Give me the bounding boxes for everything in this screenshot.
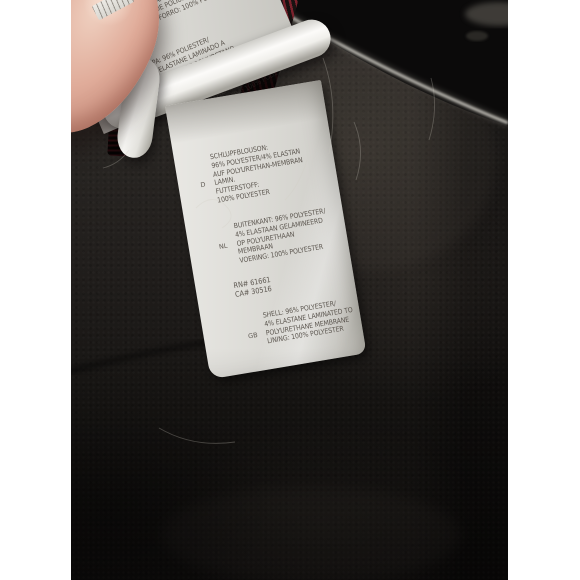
photo-background: EXTERIOR: 96% POLIESTER/4% ELASTANO LAMI… [71,0,508,580]
text-block-spanish: EXTERIOR: 96% POLIESTER/4% ELASTANO LAMI… [144,0,259,23]
fleece-sheen [161,487,461,580]
language-marker-gb: GB [247,331,258,341]
text-block-ids: RN# 61661 CA# 30516 [233,275,278,299]
language-marker-nl: NL [218,241,228,251]
text-block-german: D SCHLUPFBLOUSON: 96% POLYESTER/4% ELAST… [209,136,320,205]
text-block-english: GB SHELL: 96% POLYESTER/ 4% ELASTANE LAM… [262,295,368,346]
text-block-dutch: NL BUITENKANT: 96% POLYESTER/ 4% ELASTAA… [233,205,344,266]
photo-canvas: EXTERIOR: 96% POLIESTER/4% ELASTANO LAMI… [0,0,580,580]
language-marker-de: D [200,181,206,191]
garment-seam [71,342,211,372]
glossy-reflection-small [466,31,488,41]
